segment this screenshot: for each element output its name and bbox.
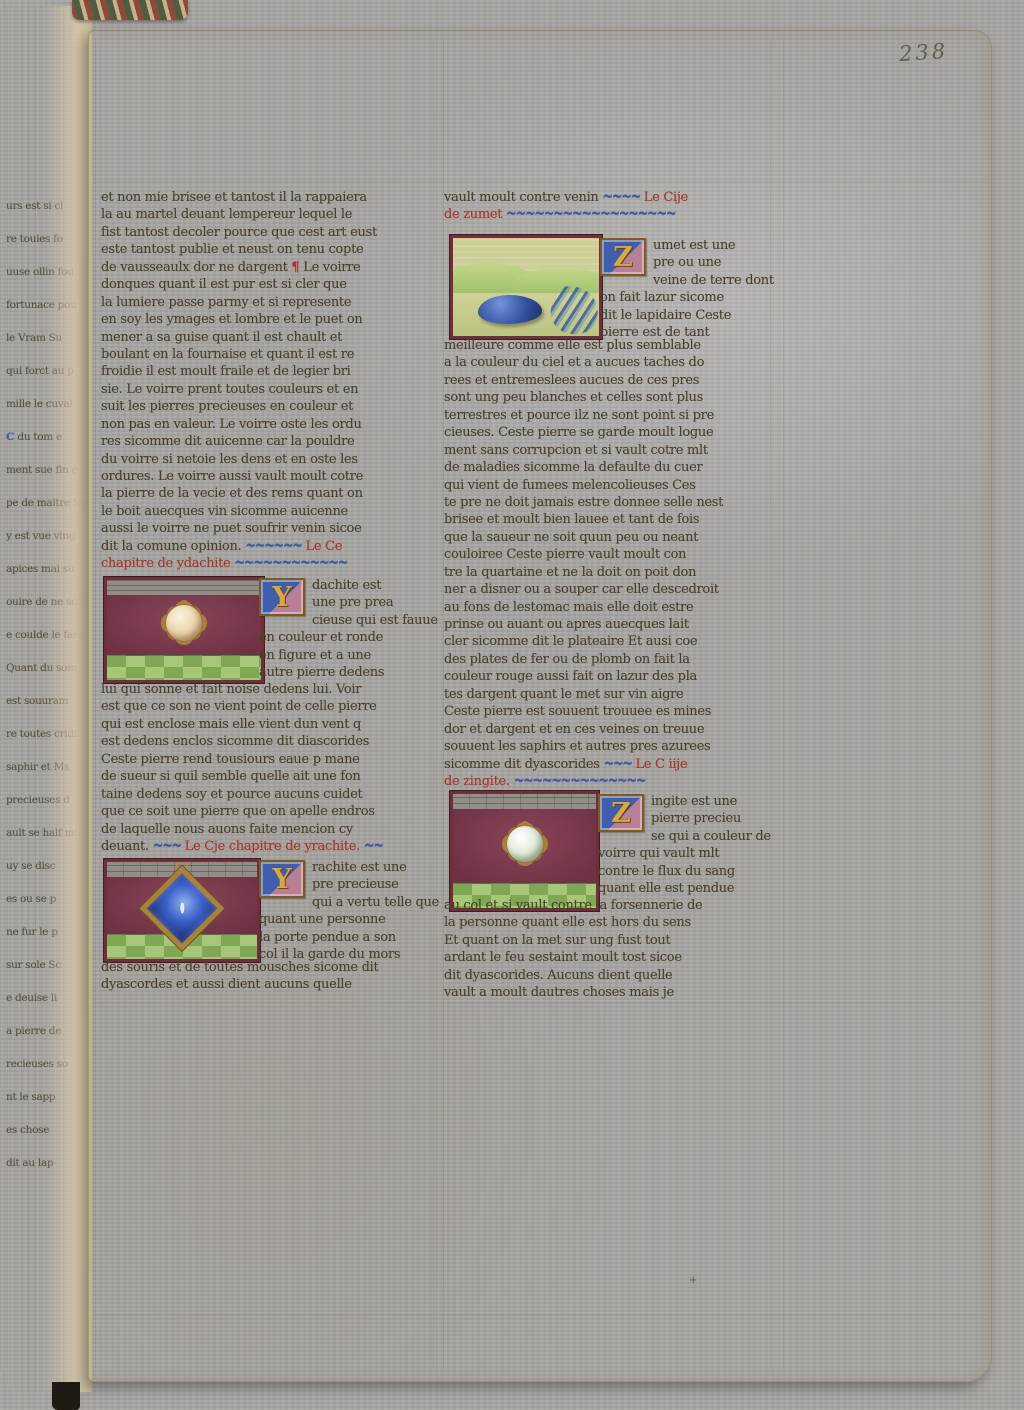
initial-letter: Y: [272, 866, 291, 893]
text-line: des plates de fer ou de plomb on fait la: [444, 651, 776, 668]
text-line: fist tantost decoler pource que cest art…: [101, 224, 433, 241]
binding-headband: [72, 0, 188, 20]
text-line: a la couleur du ciel et a aucues taches …: [444, 354, 776, 371]
text-line: sie. Le voirre prent toutes couleurs et …: [101, 381, 433, 398]
text-line: donques quant il est pur est si cler que: [101, 276, 433, 293]
miniature-wall: [107, 580, 261, 595]
folio-number: 238: [898, 36, 989, 66]
text-line: du voirre si netoie les dens et en oste …: [101, 451, 433, 468]
text-line: mener a sa guise quant il est chault et: [101, 329, 433, 346]
text-line: vault a moult dautres choses mais je: [444, 984, 776, 1001]
text-line: que la saueur ne soit quun peu ou neant: [444, 529, 776, 546]
text-line: la porte pendue a son: [259, 929, 435, 946]
text-line: tes dargent quant le met sur vin aigre: [444, 686, 776, 703]
text-line: ment sans corrupcion et si vault cotre m…: [444, 442, 776, 459]
text-line: chapitre de ydachite ~~~~~~~~~~~~: [101, 555, 433, 572]
text-line: cieuses. Ceste pierre se garde moult log…: [444, 424, 776, 441]
text-line: autre pierre dedens: [259, 664, 435, 681]
gem-glass-pearl: [507, 826, 543, 862]
text-line: est dedens enclos sicomme dit diascoride…: [101, 733, 433, 750]
right-column-text-block-1: vault moult contre venin ~~~~ Le Cijede …: [444, 189, 776, 224]
page-curve-shadow: [44, 6, 92, 1392]
text-line: non pas en valeur. Le voirre oste les or…: [101, 416, 433, 433]
text-line: ardant le feu sestaint moult tost sicoe: [444, 949, 776, 966]
zumet-wrap-text: Z umet est unepre ou uneveine de terre d…: [600, 237, 778, 342]
text-line: au col et si vault contre la forsennerie…: [444, 897, 776, 914]
text-line: que ce soit une pierre que on apelle end…: [101, 803, 433, 820]
miniature-zingite: [450, 791, 599, 911]
miniature-field: [453, 809, 596, 883]
text-line: en soy les ymages et lombre et le puet o…: [101, 311, 433, 328]
text-line: froidie il est moult fraile et de legier…: [101, 363, 433, 380]
text-line: la personne quant elle est hors du sens: [444, 914, 776, 931]
text-line: le boit auecques vin sicomme auicenne: [101, 503, 433, 520]
text-line: au fons de lestomac mais elle doit estre: [444, 599, 776, 616]
text-line: en couleur et ronde: [259, 629, 435, 646]
text-line: la lumiere passe parmy et si represente: [101, 294, 433, 311]
left-column-text-block-2: lui qui sonne et fait noise dedens lui. …: [101, 681, 433, 855]
manuscript-page: 238 + et non mie brisee et tantost il la…: [88, 30, 992, 1382]
text-line: Ceste pierre rend tousiours eaue p mane: [101, 751, 433, 768]
text-line: Et quant on la met sur ung fust tout: [444, 932, 776, 949]
text-line: voirre qui vault mlt: [598, 845, 776, 862]
initial-letter: Y: [272, 584, 291, 611]
left-column-text-block-1: et non mie brisee et tantost il la rappa…: [101, 189, 433, 573]
text-line: dit le lapidaire Ceste: [600, 307, 778, 324]
text-line: couleur rouge aussi fait on lazur des pl…: [444, 668, 776, 685]
text-line: la au martel deuant lempereur lequel le: [101, 206, 433, 223]
text-line: des souris et de toutes mousches sicome …: [101, 959, 433, 976]
text-line: la pierre de la vecie et des rems quant …: [101, 485, 433, 502]
text-line: de zumet ~~~~~~~~~~~~~~~~~~: [444, 206, 776, 223]
text-line: sont ung peu blanches et celles sont plu…: [444, 389, 776, 406]
checker-floor: [107, 655, 261, 680]
illuminated-initial-z: Z: [600, 238, 646, 276]
zingite-wrap-text: Z ingite est unepierre precieuse qui a c…: [598, 793, 776, 898]
book-fore-edge: urs est si clre touies fouuse ollin fouf…: [0, 6, 92, 1392]
text-line: qui vient de fumees melencolieuses Ces: [444, 477, 776, 494]
text-line: lui qui sonne et fait noise dedens lui. …: [101, 681, 433, 698]
miniature-zumet: [450, 235, 602, 339]
text-line: taine dedens soy et pource aucuns cuidet: [101, 786, 433, 803]
text-line: contre le flux du sang: [598, 863, 776, 880]
miniature-field: [107, 877, 257, 934]
text-line: quant une personne: [259, 911, 435, 928]
text-line: de maladies sicomme la defaulte du cuer: [444, 459, 776, 476]
miniature-yrachite: [104, 859, 260, 962]
text-line: et non mie brisee et tantost il la rappa…: [101, 189, 433, 206]
illuminated-initial-z: Z: [598, 794, 644, 832]
ruling-line: [433, 39, 434, 1369]
right-column-text-block-3: au col et si vault contre la forsennerie…: [444, 897, 776, 1002]
yrachite-wrap-text: Y rachite est unepre precieusequi a vert…: [259, 859, 435, 964]
text-line: de sueur si quil semble quelle ait une f…: [101, 768, 433, 785]
text-line: boulant en la fournaise et quant il est …: [101, 346, 433, 363]
ruling-line: [93, 181, 987, 182]
ruling-line: [93, 1002, 987, 1003]
text-line: cler sicomme dit le plateaire Et ausi co…: [444, 633, 776, 650]
text-line: de laquelle nous auons faite mencion cy: [101, 821, 433, 838]
text-line: Ceste pierre est souuent trouuee es mine…: [444, 703, 776, 720]
ydachite-wrap-text: Y dachite estune pre preacieuse qui est …: [259, 577, 435, 682]
ruling-line: [95, 39, 96, 1369]
gem-diamond: [140, 865, 225, 950]
text-line: ner a disner ou a souper car elle desced…: [444, 581, 776, 598]
text-line: terrestres et pource ilz ne sont point s…: [444, 407, 776, 424]
ruling-line: [783, 39, 784, 1369]
manuscript-photograph: urs est si clre touies fouuse ollin fouf…: [0, 0, 1024, 1410]
initial-letter: Z: [611, 800, 631, 827]
text-line: este tantost publie et neust on tenu cop…: [101, 241, 433, 258]
lazurite-stone: [478, 295, 542, 324]
right-column-text-block-2: meilleure comme elle est plus semblablea…: [444, 337, 776, 790]
gold-mount: [170, 609, 198, 637]
gold-mount: [511, 830, 539, 858]
illuminated-initial-y: Y: [259, 860, 305, 898]
miniature-field: [107, 595, 261, 655]
text-line: te pre ne doit jamais estre donnee selle…: [444, 494, 776, 511]
miniature-ydachite: [104, 577, 264, 683]
text-line: qui est enclose mais elle vient dun vent…: [101, 716, 433, 733]
illuminated-initial-y: Y: [259, 578, 305, 616]
binding-spine-corner: [52, 1382, 80, 1410]
ruling-line: [93, 1314, 987, 1315]
text-line: ordures. Le voirre aussi vault moult cot…: [101, 468, 433, 485]
text-line: est que ce son ne vient point de celle p…: [101, 698, 433, 715]
text-line: tre la quartaine et ne la doit on poit d…: [444, 564, 776, 581]
text-line: couloiree Ceste pierre vault moult con: [444, 546, 776, 563]
text-line: en figure et a une: [259, 647, 435, 664]
text-line: de vausseaulx dor ne dargent ¶ Le voirre: [101, 259, 433, 276]
text-line: brisee et moult bien lauee et tant de fo…: [444, 511, 776, 528]
gem-glint: [180, 902, 184, 913]
text-line: prinse ou auant ou apres auecques lait: [444, 616, 776, 633]
left-column-text-block-3: des souris et de toutes mousches sicome …: [101, 959, 433, 994]
text-line: deuant. ~~~ Le Cje chapitre de yrachite.…: [101, 838, 433, 855]
text-line: res sicomme dit auicenne car la pouldre: [101, 433, 433, 450]
text-line: on fait lazur sicome: [600, 289, 778, 306]
text-line: suit les pierres precieuses en couleur e…: [101, 398, 433, 415]
gem-pendant: [152, 878, 212, 938]
initial-letter: Z: [613, 244, 633, 271]
quire-cross-mark: +: [689, 1275, 697, 1286]
text-line: dor et dargent et en ces veines on treuu…: [444, 721, 776, 738]
text-line: rees et entremeslees aucues de ces pres: [444, 372, 776, 389]
text-line: dit dyascorides. Aucuns dient quelle: [444, 967, 776, 984]
text-line: quant elle est pendue: [598, 880, 776, 897]
text-line: dyascordes et aussi dient aucuns quelle: [101, 976, 433, 993]
text-line: meilleure comme elle est plus semblable: [444, 337, 776, 354]
gem-pearl: [166, 605, 202, 641]
text-line: de zingite. ~~~~~~~~~~~~~~: [444, 773, 776, 790]
miniature-brick-wall: [453, 794, 596, 809]
